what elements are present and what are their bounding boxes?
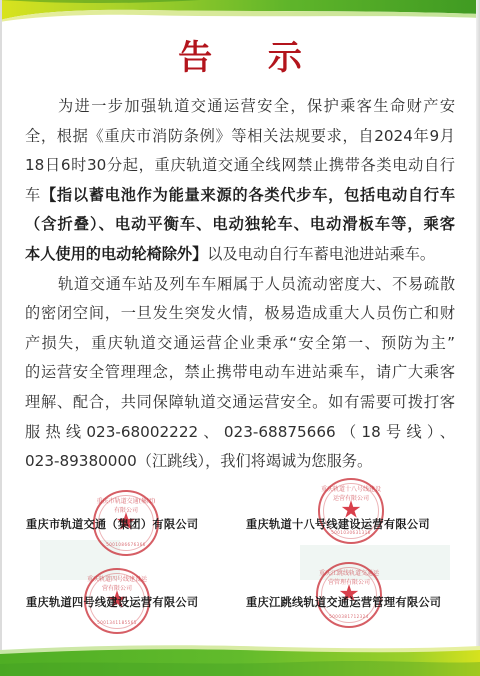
signatory-jiangtiao: 重庆江跳线轨道交通运营管理有限公司 <box>246 594 441 610</box>
top-wave-banner <box>0 0 480 30</box>
bold-exclusion-end: 本人使用的电动轮椅除外】 <box>25 245 207 263</box>
paragraph1-line4: 车【指以蓄电池作为能量来源的各类代步车，包括电动自行车 <box>25 181 455 211</box>
seal-code: 5000381712324 <box>318 614 380 619</box>
paragraph2-line2: 的密闭空间，一旦发生突发火情，极易造成重大人员伤亡和财 <box>25 299 455 329</box>
paragraph1-line2: 全，根据《重庆市消防条例》等相关法规要求，自2024年9月 <box>25 122 455 152</box>
paragraph1-line6: 本人使用的电动轮椅除外】以及电动自行车蓄电池进站乘车。 <box>25 240 455 270</box>
notice-page: 告 示 为进一步加强轨道交通运营安全，保护乘客生命财产安 全，根据《重庆市消防条… <box>0 0 480 676</box>
seal-code: 5001086676366 <box>95 542 157 547</box>
paragraph1-line3: 18日6时30分起，重庆轨道交通全线网禁止携带各类电动自行 <box>25 151 455 181</box>
paragraph2-line4: 的运营安全管理理念，禁止携带电动车进站乘车，请广大乘客 <box>25 358 455 388</box>
paragraph2-line5: 理解、配合，共同保障轨道交通运营安全。如有需要可拨打客 <box>25 388 455 418</box>
signatory-group: 重庆市轨道交通（集团）有限公司 <box>26 516 198 532</box>
page-edge-left <box>0 0 2 676</box>
bottom-wave-banner <box>0 640 480 676</box>
company-seal-line18: 重庆轨道十八号线建设运营有限公司 ★ 5001030631316 <box>318 478 384 544</box>
line6-rest: 以及电动自行车蓄电池进站乘车。 <box>207 245 435 263</box>
notice-body: 为进一步加强轨道交通运营安全，保护乘客生命财产安 全，根据《重庆市消防条例》等相… <box>25 92 455 477</box>
notice-title: 告 示 <box>0 38 480 78</box>
line4-prefix: 车 <box>25 186 41 204</box>
seal-code: 5001341185565 <box>86 620 148 625</box>
bold-exclusion-text: 【指以蓄电池作为能量来源的各类代步车，包括电动自行车 <box>41 186 455 204</box>
paragraph1-line5: （含折叠）、电动平衡车、电动独轮车、电动滑板车等，乘客 <box>25 210 455 240</box>
paragraph2-line1: 轨道交通车站及列车车厢属于人员流动密度大、不易疏散 <box>25 270 455 300</box>
signatory-line4: 重庆轨道四号线建设运营有限公司 <box>26 594 198 610</box>
page-edge-right <box>476 0 480 676</box>
paragraph2-line7-hotline: 023-89380000（江跳线），我们将竭诚为您服务。 <box>25 447 455 477</box>
signatory-line18: 重庆轨道十八号线建设运营有限公司 <box>246 516 430 532</box>
paragraph1-line1: 为进一步加强轨道交通运营安全，保护乘客生命财产安 <box>25 92 455 122</box>
paragraph2-line6-hotlines: 服热线023-68002222、023-68875666（18号线）、 <box>25 418 455 448</box>
paragraph2-line3: 产损失，重庆轨道交通运营企业秉承“安全第一、预防为主” <box>25 329 455 359</box>
